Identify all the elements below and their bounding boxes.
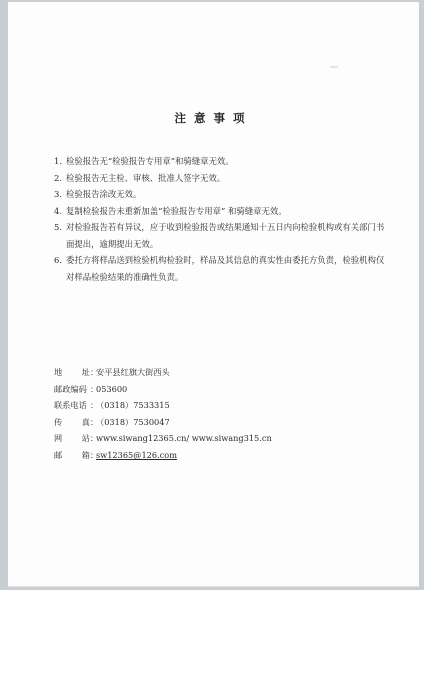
note-number: 4. [54,203,66,220]
note-item: 2. 检验报告无主检、审核、批准人签字无效。 [54,170,394,187]
contact-label: 联系电话 [54,397,90,414]
contact-fax: 传 真 ： （0318）7530047 [54,414,272,431]
website-value: www.siwang12365.cn/ www.siwang315.cn [96,430,272,447]
label-char: 真 [82,414,90,431]
postcode-value: 053600 [96,381,127,398]
note-number: 2. [54,170,66,187]
scan-speck [330,66,338,68]
note-number: 3. [54,186,66,203]
note-text: 检验报告无主检、审核、批准人签字无效。 [66,170,386,187]
label-char: 网 [54,430,62,447]
label-char: 传 [54,414,62,431]
label-char: 箱 [82,447,90,464]
contact-website: 网 站 ： www.siwang12365.cn/ www.siwang315.… [54,430,272,447]
label-char: 址 [82,364,90,381]
note-text: 检验报告涂改无效。 [66,186,386,203]
note-text: 对检验报告若有异议，应于收到检验报告或结果通知十五日内向检验机构或有关部门书面提… [66,219,386,252]
contact-label: 邮 箱 [54,447,90,464]
note-item: 4. 复制检验报告未重新加盖“检验报告专用章” 和骑缝章无效。 [54,203,394,220]
note-text: 委托方将样品送到检验机构检验时，样品及其信息的真实性由委托方负责，检验机构仅对样… [66,252,386,285]
phone-value: （0318）7533315 [96,397,170,414]
notes-list: 1. 检验报告无“检验报告专用章”和骑缝章无效。 2. 检验报告无主检、审核、批… [54,153,394,285]
note-item: 1. 检验报告无“检验报告专用章”和骑缝章无效。 [54,153,394,170]
label-char: 邮 [54,447,62,464]
contact-phone: 联系电话 ： （0318）7533315 [54,397,272,414]
email-link[interactable]: sw12365@126.com [96,447,177,464]
contact-address: 地 址 ： 安平县红旗大街西头 [54,364,272,381]
contact-label: 地 址 [54,364,90,381]
document-page: 注意事项 1. 检验报告无“检验报告专用章”和骑缝章无效。 2. 检验报告无主检… [8,2,419,587]
contact-label: 网 站 [54,430,90,447]
contact-label: 邮政编码 [54,381,90,398]
contact-label: 传 真 [54,414,90,431]
note-number: 1. [54,153,66,170]
contact-email: 邮 箱 ： sw12365@126.com [54,447,272,464]
note-number: 6. [54,252,66,285]
note-text: 复制检验报告未重新加盖“检验报告专用章” 和骑缝章无效。 [66,203,386,220]
note-item: 6. 委托方将样品送到检验机构检验时，样品及其信息的真实性由委托方负责，检验机构… [54,252,394,285]
note-item: 3. 检验报告涂改无效。 [54,186,394,203]
contact-postcode: 邮政编码 ： 053600 [54,381,272,398]
note-item: 5. 对检验报告若有异议，应于收到检验报告或结果通知十五日内向检验机构或有关部门… [54,219,394,252]
fax-value: （0318）7530047 [96,414,170,431]
label-char: 站 [82,430,90,447]
address-value: 安平县红旗大街西头 [96,364,170,381]
note-text: 检验报告无“检验报告专用章”和骑缝章无效。 [66,153,386,170]
contact-info: 地 址 ： 安平县红旗大街西头 邮政编码 ： 053600 联系电话 ： （03… [54,364,272,464]
label-char: 地 [54,364,62,381]
page-title: 注意事项 [8,110,419,126]
note-number: 5. [54,219,66,252]
